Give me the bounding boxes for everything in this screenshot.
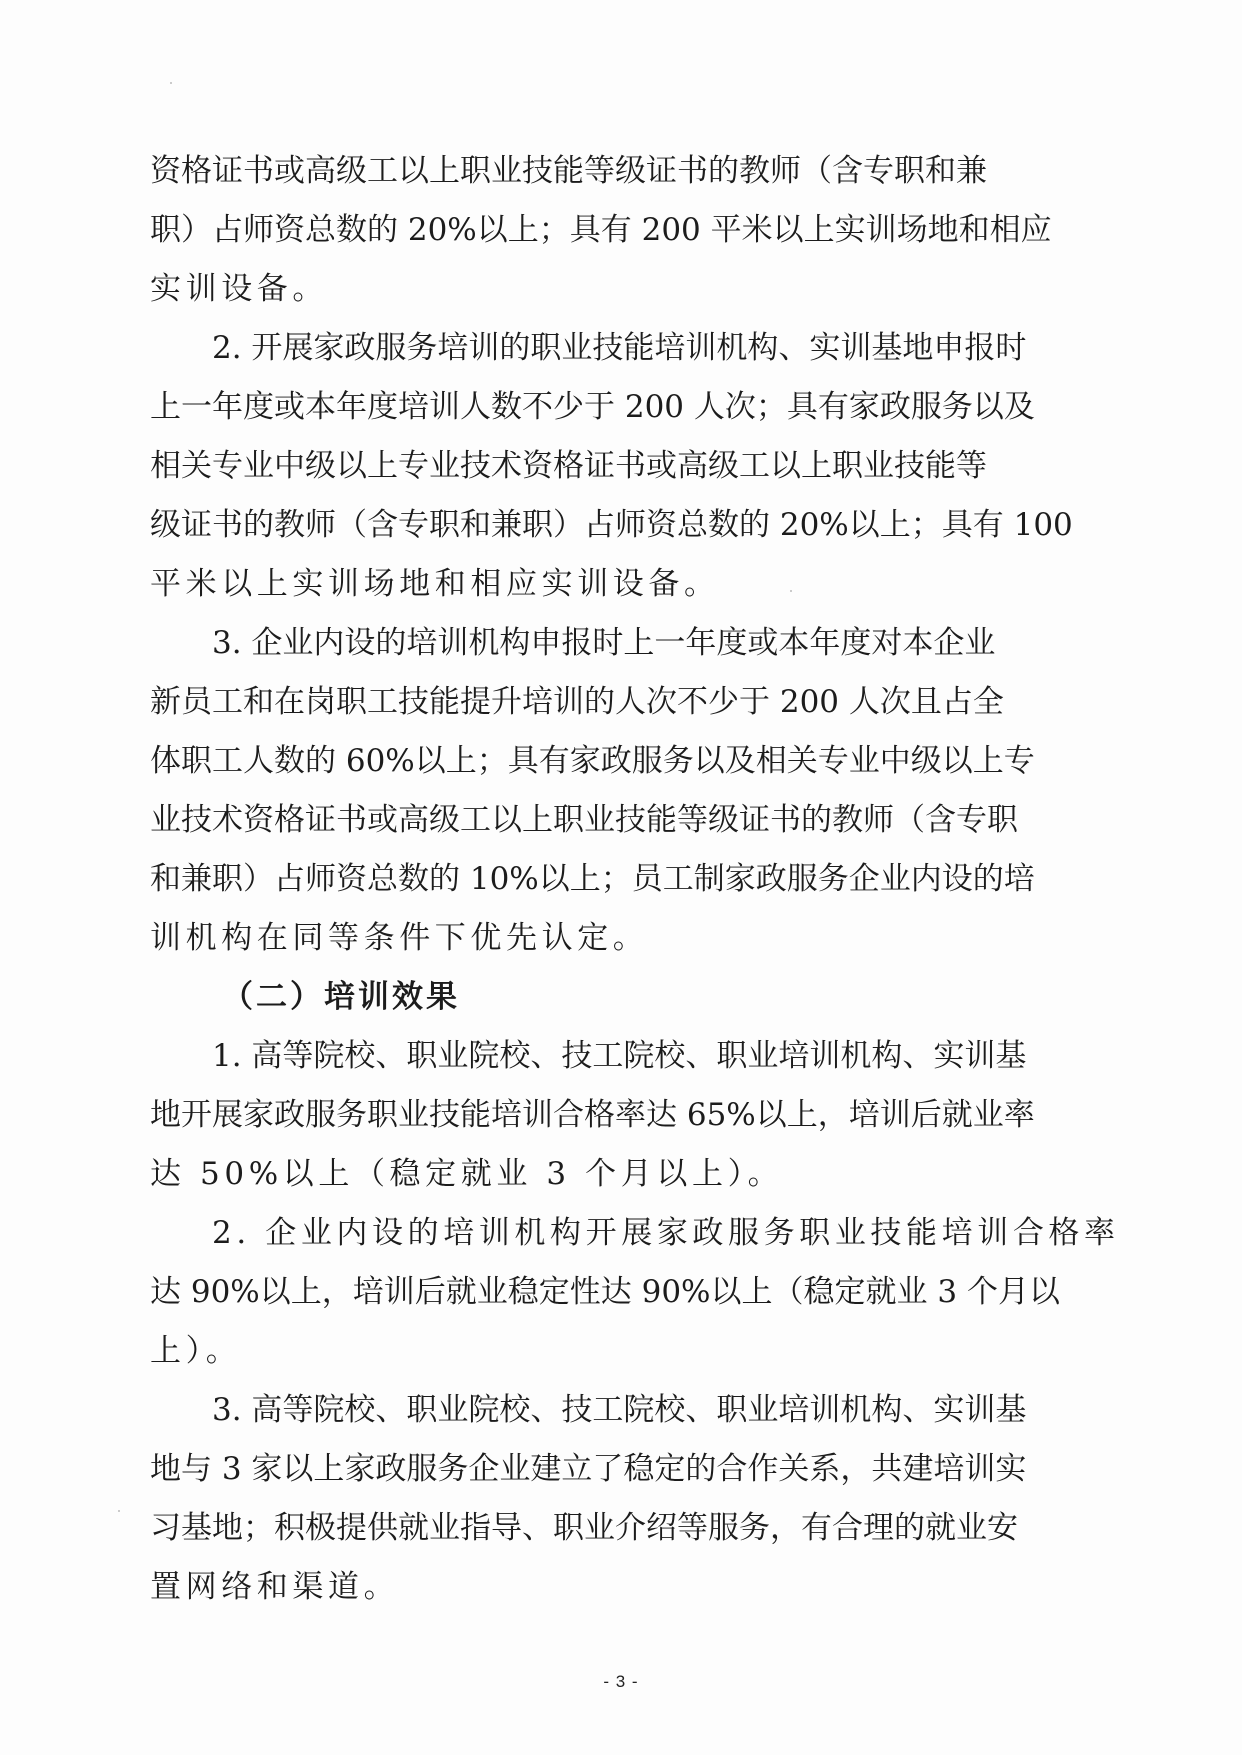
paragraph-line: 上一年度或本年度培训人数不少于 200 人次；具有家政服务以及 [150,378,972,437]
paragraph-line: 实训设备。 [150,260,972,319]
scan-speck [118,1510,120,1512]
paragraph-line: 资格证书或高级工以上职业技能等级证书的教师（含专职和兼 [150,142,972,201]
paragraph-line: 职）占师资总数的 20%以上；具有 200 平米以上实训场地和相应 [150,201,972,260]
paragraph-line: 平米以上实训场地和相应实训设备。 [150,555,972,614]
paragraph-line: 和兼职）占师资总数的 10%以上；员工制家政服务企业内设的培 [150,850,972,909]
page-number: - 3 - [0,1672,1242,1692]
paragraph-line: 达 90%以上，培训后就业稳定性达 90%以上（稳定就业 3 个月以 [150,1263,972,1322]
paragraph-line: 体职工人数的 60%以上；具有家政服务以及相关专业中级以上专 [150,732,972,791]
section-heading: （二）培训效果 [150,968,972,1027]
paragraph-line: 新员工和在岗职工技能提升培训的人次不少于 200 人次且占全 [150,673,972,732]
paragraph-line: 地与 3 家以上家政服务企业建立了稳定的合作关系，共建培训实 [150,1440,972,1499]
scan-speck [790,590,792,592]
paragraph-line: 3. 企业内设的培训机构申报时上一年度或本年度对本企业 [150,614,972,673]
paragraph-line: 地开展家政服务职业技能培训合格率达 65%以上，培训后就业率 [150,1086,972,1145]
paragraph-line: 2. 开展家政服务培训的职业技能培训机构、实训基地申报时 [150,319,972,378]
paragraph-line: 2. 企业内设的培训机构开展家政服务职业技能培训合格率 [150,1204,972,1263]
paragraph-line: 相关专业中级以上专业技术资格证书或高级工以上职业技能等 [150,437,972,496]
paragraph-line: 置网络和渠道。 [150,1558,972,1617]
paragraph-line: 1. 高等院校、职业院校、技工院校、职业培训机构、实训基 [150,1027,972,1086]
paragraph-line: 习基地；积极提供就业指导、职业介绍等服务，有合理的就业安 [150,1499,972,1558]
paragraph-line: 3. 高等院校、职业院校、技工院校、职业培训机构、实训基 [150,1381,972,1440]
paragraph-line: 训机构在同等条件下优先认定。 [150,909,972,968]
paragraph-line: 级证书的教师（含专职和兼职）占师资总数的 20%以上；具有 100 [150,496,972,555]
scan-speck [170,82,172,84]
paragraph-line: 业技术资格证书或高级工以上职业技能等级证书的教师（含专职 [150,791,972,850]
paragraph-line: 上）。 [150,1322,972,1381]
paragraph-line: 达 50%以上（稳定就业 3 个月以上）。 [150,1145,972,1204]
document-page: 资格证书或高级工以上职业技能等级证书的教师（含专职和兼 职）占师资总数的 20%… [150,142,972,1617]
